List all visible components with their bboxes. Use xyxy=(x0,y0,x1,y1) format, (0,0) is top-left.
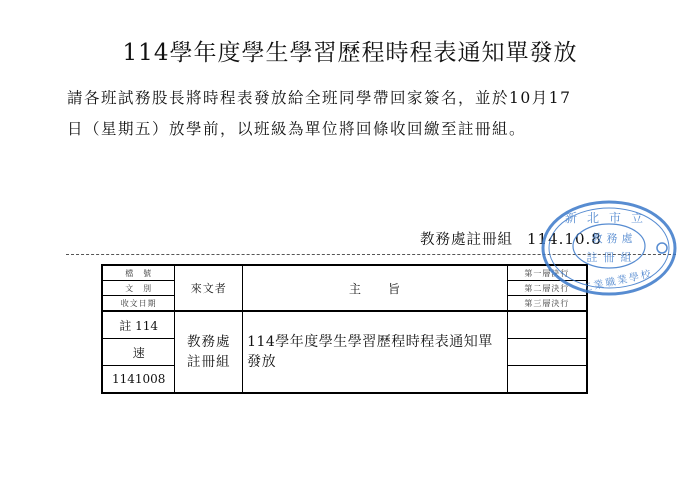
header-receive-date: 收文日期 xyxy=(102,296,175,312)
value-sender: 教務處 註冊組 xyxy=(175,311,243,393)
value-sender-line-2: 註冊組 xyxy=(175,352,242,372)
document-title: 114學年度學生學習歷程時程表通知單發放 xyxy=(0,34,700,67)
receipt-form-table: 檔 號 來文者 主 旨 第一層決行 文 別 第二層決行 收文日期 第三層決行 註… xyxy=(101,264,588,394)
stamp-top-text: 新北市立 xyxy=(565,211,653,225)
signature-date: 114.10.8 xyxy=(527,230,602,248)
signature-office: 教務處註冊組 xyxy=(420,232,513,248)
cut-line-divider xyxy=(66,254,676,255)
value-approval-1 xyxy=(507,311,587,339)
notice-body: 請各班試務股長將時程表發放給全班同學帶回家簽名，並於10月17 日（星期五）放學… xyxy=(67,83,627,145)
header-approval-3: 第三層決行 xyxy=(507,296,587,312)
signature: 教務處註冊組114.10.8 xyxy=(420,228,602,249)
header-approval-1: 第一層決行 xyxy=(507,265,587,281)
value-approval-3 xyxy=(507,366,587,394)
value-approval-2 xyxy=(507,339,587,366)
notice-body-line-2: 日（星期五）放學前，以班級為單位將回條收回繳至註冊組。 xyxy=(67,114,627,145)
value-receive-date: 1141008 xyxy=(102,366,175,394)
header-file-no: 檔 號 xyxy=(102,265,175,281)
value-doc-type: 速 xyxy=(102,339,175,366)
notice-body-line-1: 請各班試務股長將時程表發放給全班同學帶回家簽名，並於10月17 xyxy=(67,83,627,114)
header-subject: 主 旨 xyxy=(243,265,508,311)
value-file-no: 註 114 xyxy=(102,311,175,339)
stamp-center-line-2: 註冊組 xyxy=(587,250,638,264)
value-sender-line-1: 教務處 xyxy=(175,332,242,352)
value-subject: 114學年度學生學習歷程時程表通知單發放 xyxy=(243,311,508,393)
header-doc-type: 文 別 xyxy=(102,281,175,296)
header-sender: 來文者 xyxy=(175,265,243,311)
stamp-bottom-text: 工業職業學校 xyxy=(581,267,654,295)
header-approval-2: 第二層決行 xyxy=(507,281,587,296)
plum-blossom-icon xyxy=(657,243,667,253)
